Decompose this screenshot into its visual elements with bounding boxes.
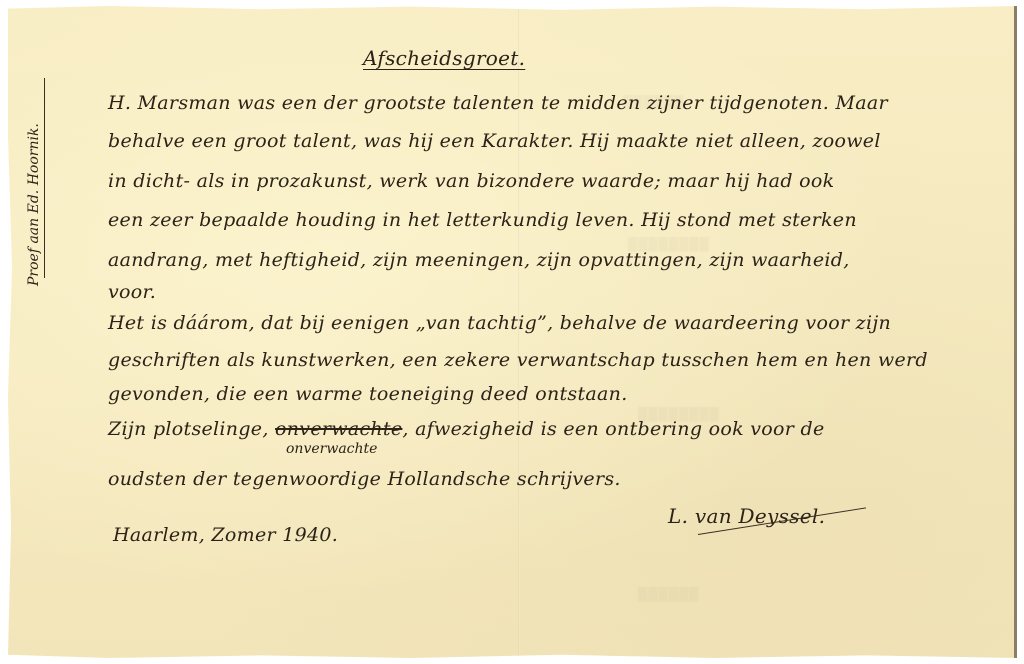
- show-through-mark: ▒▒▒▒▒▒: [638, 586, 699, 602]
- body-line: aandrang, met heftigheid, zijn meeningen…: [108, 249, 850, 271]
- corrected-line-end: , afwezigheid is een ontbering ook voor …: [402, 418, 824, 440]
- body-line: H. Marsman was een der grootste talenten…: [108, 92, 888, 114]
- struck-word: onverwachte: [275, 418, 402, 440]
- body-line: in dicht- als in prozakunst, werk van bi…: [108, 170, 834, 192]
- body-line: een zeer bepaalde houding in het letterk…: [108, 209, 857, 231]
- corrected-line: Zijn plotselinge, onverwachte, afwezighe…: [108, 418, 825, 440]
- closing-line: oudsten der tegenwoordige Hollandsche sc…: [108, 468, 621, 490]
- letter-title: Afscheidsgroet.: [363, 46, 525, 70]
- signature: L. van Deyssel.: [668, 504, 825, 528]
- corrected-line-start: Zijn plotselinge,: [108, 418, 275, 440]
- place-date: Haarlem, Zomer 1940.: [113, 524, 338, 546]
- body-line: Het is dáárom, dat bij eenigen „van tach…: [108, 312, 891, 334]
- inserted-correction: onverwachte: [286, 441, 377, 457]
- body-line: voor.: [108, 281, 156, 303]
- body-line: geschriften als kunstwerken, een zekere …: [108, 349, 928, 371]
- letter-sheet: ▒▒▒▒▒▒ ▒▒▒▒▒▒▒▒ ▒▒▒▒▒▒▒▒ ▒▒▒▒▒▒ Proef aa…: [8, 6, 1017, 658]
- body-line: gevonden, die een warme toeneiging deed …: [108, 383, 628, 405]
- margin-note: Proef aan Ed. Hoornik.: [26, 123, 45, 286]
- body-line: behalve een groot talent, was hij een Ka…: [108, 130, 881, 152]
